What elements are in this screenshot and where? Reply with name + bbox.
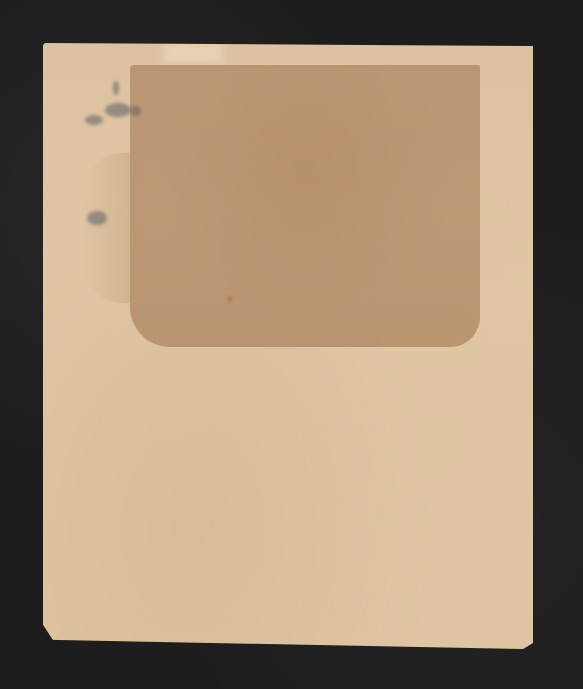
- paper-thin-spot: [163, 43, 223, 63]
- ink-stain: [113, 81, 119, 95]
- red-speck: [228, 297, 232, 301]
- ink-stain: [105, 103, 131, 117]
- ink-stain: [131, 106, 141, 116]
- ink-stain: [85, 115, 103, 125]
- stamp-back: [43, 43, 533, 649]
- stamp-hinge: [130, 65, 480, 347]
- ink-stain: [87, 211, 107, 225]
